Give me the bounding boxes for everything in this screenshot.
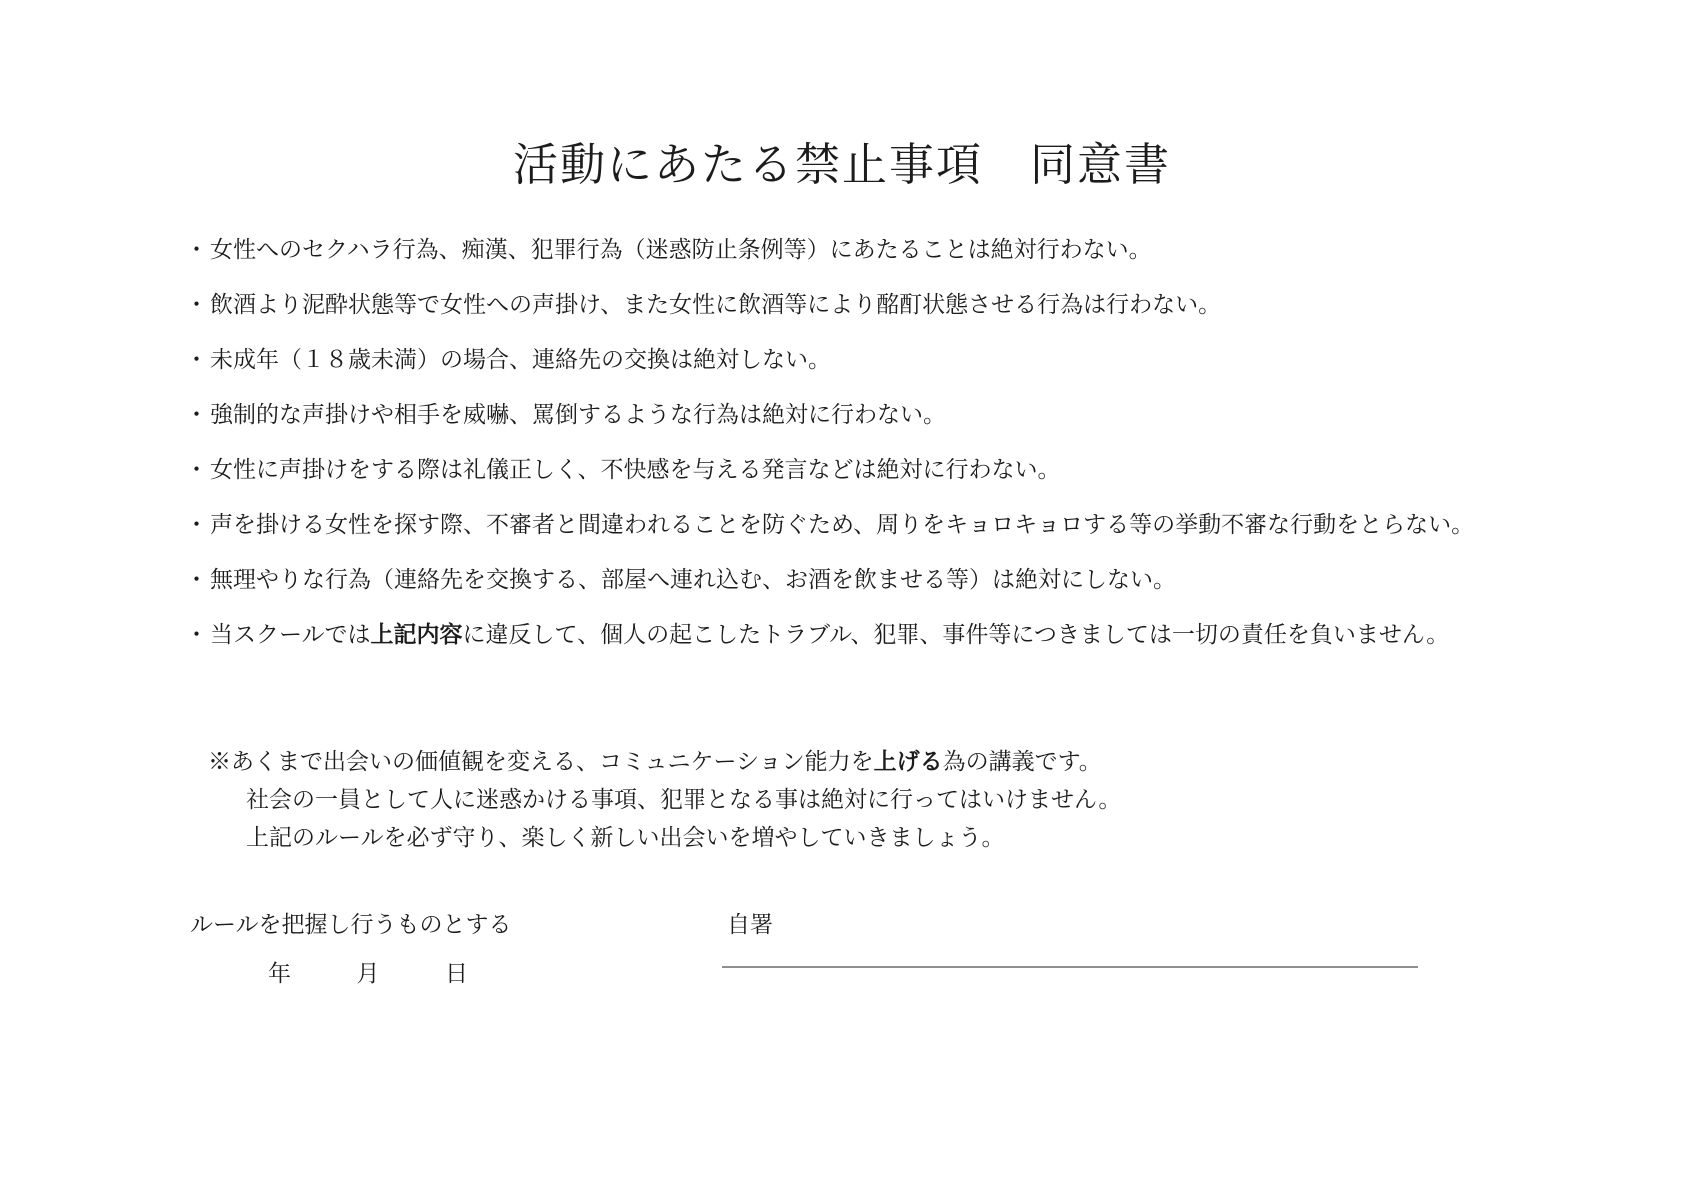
note-text-suffix: 為の講義です。 xyxy=(943,749,1102,774)
rule-text-suffix: に違反して、個人の起こしたトラブル、犯罪、事件等につきましては一切の責任を負いま… xyxy=(463,622,1450,647)
rule-item: ・当スクールでは上記内容に違反して、個人の起こしたトラブル、犯罪、事件等につきま… xyxy=(185,621,1654,649)
rule-text: 飲酒より泥酔状態等で女性への声掛け、また女性に飲酒等により酩酊状態させる行為は行… xyxy=(210,292,1221,317)
signature-line xyxy=(722,966,1418,968)
date-year-label: 年 xyxy=(268,955,291,988)
consent-document-page: 活動にあたる禁止事項 同意書 ・女性へのセクハラ行為、痴漢、犯罪行為（迷惑防止条… xyxy=(0,0,1684,1191)
rule-text-bold: 上記内容 xyxy=(371,622,463,647)
rule-text: 女性に声掛けをする際は礼儀正しく、不快感を与える発言などは絶対に行わない。 xyxy=(210,457,1061,482)
rule-item: ・飲酒より泥酔状態等で女性への声掛け、また女性に飲酒等により酩酊状態させる行為は… xyxy=(185,291,1654,319)
signature-label: 自署 xyxy=(727,906,773,939)
rule-text: 未成年（１８歳未満）の場合、連絡先の交換は絶対しない。 xyxy=(210,347,831,372)
rule-item: ・強制的な声掛けや相手を威嚇、罵倒するような行為は絶対に行わない。 xyxy=(185,401,1654,429)
rule-text: 声を掛ける女性を探す際、不審者と間違われることを防ぐため、周りをキョロキョロする… xyxy=(210,512,1474,537)
note-text-prefix: ※あくまで出会いの価値観を変える、コミュニケーション能力を xyxy=(208,749,874,774)
rules-list: ・女性へのセクハラ行為、痴漢、犯罪行為（迷惑防止条例等）にあたることは絶対行わな… xyxy=(185,236,1654,676)
date-day-label: 日 xyxy=(445,955,468,988)
rule-text: 無理やりな行為（連絡先を交換する、部屋へ連れ込む、お酒を飲ませる等）は絶対にしな… xyxy=(210,567,1176,592)
rule-item: ・女性へのセクハラ行為、痴漢、犯罪行為（迷惑防止条例等）にあたることは絶対行わな… xyxy=(185,236,1654,264)
bullet-icon: ・ xyxy=(185,291,208,319)
page-title: 活動にあたる禁止事項 同意書 xyxy=(0,128,1684,193)
acknowledgement-text: ルールを把握し行うものとする xyxy=(190,906,512,939)
note-text-bold: 上げる xyxy=(874,749,943,774)
bullet-icon: ・ xyxy=(185,511,208,539)
bullet-icon: ・ xyxy=(185,621,208,649)
rule-text: 女性へのセクハラ行為、痴漢、犯罪行為（迷惑防止条例等）にあたることは絶対行わない… xyxy=(210,237,1152,262)
notes-section: ※あくまで出会いの価値観を変える、コミュニケーション能力を上げる為の講義です。 … xyxy=(208,748,1654,862)
rule-item: ・未成年（１８歳未満）の場合、連絡先の交換は絶対しない。 xyxy=(185,346,1654,374)
rule-text: 強制的な声掛けや相手を威嚇、罵倒するような行為は絶対に行わない。 xyxy=(210,402,946,427)
bullet-icon: ・ xyxy=(185,566,208,594)
rule-text-prefix: 当スクールでは xyxy=(210,622,371,647)
rule-item: ・声を掛ける女性を探す際、不審者と間違われることを防ぐため、周りをキョロキョロす… xyxy=(185,511,1654,539)
bullet-icon: ・ xyxy=(185,456,208,484)
rule-item: ・女性に声掛けをする際は礼儀正しく、不快感を与える発言などは絶対に行わない。 xyxy=(185,456,1654,484)
note-line: 社会の一員として人に迷惑かける事項、犯罪となる事は絶対に行ってはいけません。 xyxy=(208,786,1654,814)
rule-item: ・無理やりな行為（連絡先を交換する、部屋へ連れ込む、お酒を飲ませる等）は絶対にし… xyxy=(185,566,1654,594)
note-line: 上記のルールを必ず守り、楽しく新しい出会いを増やしていきましょう。 xyxy=(208,824,1654,852)
bullet-icon: ・ xyxy=(185,401,208,429)
bullet-icon: ・ xyxy=(185,236,208,264)
bullet-icon: ・ xyxy=(185,346,208,374)
note-line: ※あくまで出会いの価値観を変える、コミュニケーション能力を上げる為の講義です。 xyxy=(208,748,1654,776)
date-fields: 年 月 日 xyxy=(268,955,468,988)
date-month-label: 月 xyxy=(357,955,380,988)
